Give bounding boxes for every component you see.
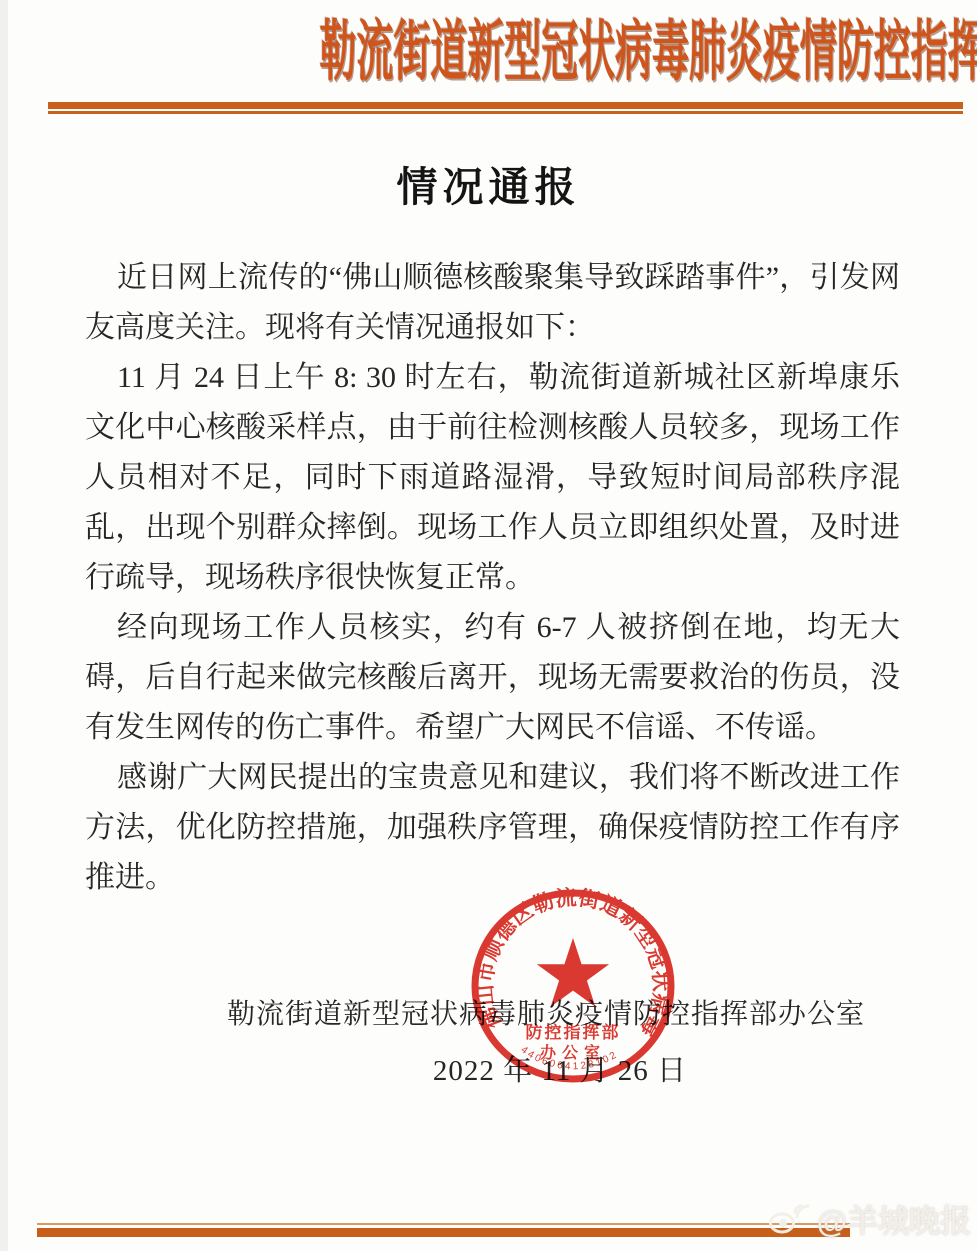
- document-page: 勒流街道新型冠状病毒肺炎疫情防控指挥部办公室 情况通报 近日网上流传的“佛山顺德…: [0, 0, 977, 1251]
- date-line: 2022 年 11 月 26 日: [433, 1048, 687, 1089]
- body-paragraph-4: 感谢广大网民提出的宝贵意见和建议，我们将不断改进工作方法，优化防控措施，加强秩序…: [85, 753, 900, 903]
- body-paragraph-3: 经向现场工作人员核实，约有 6-7 人被挤倒在地，均无大碍，后自行起来做完核酸后…: [85, 603, 900, 753]
- watermark: @羊城晚报: [767, 1196, 971, 1241]
- body-paragraph-2: 11 月 24 日上午 8: 30 时左右，勒流街道新城社区新埠康乐文化中心核酸…: [85, 353, 900, 603]
- header-rule: [48, 102, 963, 114]
- header-banner: 勒流街道新型冠状病毒肺炎疫情防控指挥部办公室: [0, 0, 977, 102]
- weibo-icon: [767, 1201, 811, 1237]
- header-org-title: 勒流街道新型冠状病毒肺炎疫情防控指挥部办公室: [319, 14, 977, 88]
- signature-line: 勒流街道新型冠状病毒肺炎疫情防控指挥部办公室: [227, 992, 865, 1032]
- body-paragraph-1: 近日网上流传的“佛山顺德核酸聚集导致踩踏事件”，引发网友高度关注。现将有关情况通…: [85, 253, 900, 353]
- watermark-text: @羊城晚报: [817, 1196, 971, 1241]
- document-body: 近日网上流传的“佛山顺德核酸聚集导致踩踏事件”，引发网友高度关注。现将有关情况通…: [85, 253, 900, 903]
- footer-rule: [37, 1223, 850, 1237]
- document-title: 情况通报: [0, 154, 977, 213]
